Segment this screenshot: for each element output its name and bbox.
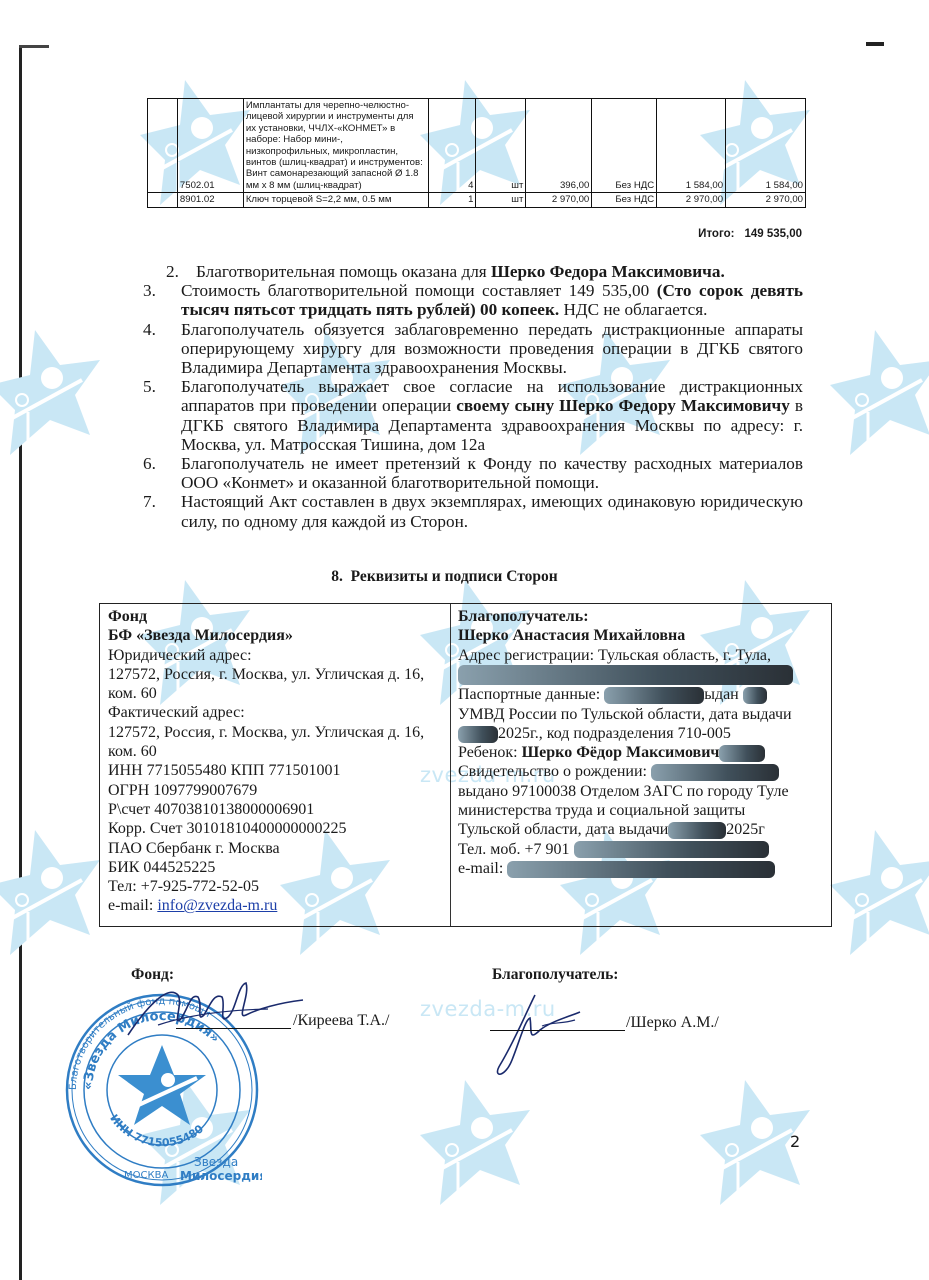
beneficiary-requisites: Благополучатель: Шерко Анастасия Михайло… bbox=[451, 604, 831, 926]
item-code: 8901.02 bbox=[177, 193, 243, 207]
redaction bbox=[574, 841, 769, 858]
document-page: 7502.01 Имплантаты для черепно-челюстно-… bbox=[0, 0, 929, 1280]
item-name: Ключ торцевой S=2,2 мм, 0.5 мм bbox=[243, 193, 428, 207]
redaction bbox=[458, 665, 793, 685]
fund-signature-line bbox=[176, 1028, 291, 1029]
svg-text:ИНН 7715055480: ИНН 7715055480 bbox=[107, 1112, 206, 1150]
item-name: Имплантаты для черепно-челюстно-лицевой … bbox=[243, 99, 428, 193]
beneficiary-signature-line bbox=[490, 1030, 625, 1031]
fund-legal-address: 127572, Россия, г. Москва, ул. Угличская… bbox=[108, 665, 442, 704]
item-unit: шт bbox=[476, 99, 526, 193]
fund-corr-account: Корр. Счет 30101810400000000225 bbox=[108, 819, 442, 838]
item-qty: 4 bbox=[428, 99, 476, 193]
item-price: 396,00 bbox=[526, 99, 592, 193]
beneficiary-heading: Благополучатель: bbox=[458, 607, 823, 626]
item-unit: шт bbox=[476, 193, 526, 207]
clause-item: 4.Благополучатель обязуется заблаговреме… bbox=[143, 320, 803, 378]
total-label: Итого: bbox=[698, 228, 734, 240]
fund-bik: БИК 044525225 bbox=[108, 858, 442, 877]
item-total: 2 970,00 bbox=[726, 193, 806, 207]
svg-text:Звезда: Звезда bbox=[194, 1155, 238, 1169]
page-number: 2 bbox=[790, 1132, 800, 1151]
item-code: 7502.01 bbox=[177, 99, 243, 193]
redaction bbox=[604, 687, 704, 704]
clause-item: 5.Благополучатель выражает свое согласие… bbox=[143, 377, 803, 454]
redaction bbox=[668, 822, 726, 839]
fund-email-link[interactable]: info@zvezda-m.ru bbox=[157, 897, 277, 914]
fund-signer-name: /Киреева Т.А./ bbox=[293, 1012, 390, 1030]
svg-text:Милосердия: Милосердия bbox=[180, 1169, 262, 1183]
fund-ogrn: ОГРН 1097799007679 bbox=[108, 781, 442, 800]
child-name: Шерко Фёдор Максимович bbox=[522, 744, 720, 761]
table-row: 7502.01 Имплантаты для черепно-челюстно-… bbox=[148, 99, 806, 193]
item-price: 2 970,00 bbox=[526, 193, 592, 207]
fund-heading: Фонд bbox=[108, 607, 442, 626]
item-total: 1 584,00 bbox=[726, 99, 806, 193]
item-sum: 2 970,00 bbox=[657, 193, 726, 207]
fund-inn-kpp: ИНН 7715055480 КПП 771501001 bbox=[108, 761, 442, 780]
clause-item: 2.Благотворительная помощь оказана для Ш… bbox=[143, 262, 803, 281]
item-sum: 1 584,00 bbox=[657, 99, 726, 193]
clause-item: 6.Благополучатель не имеет претензий к Ф… bbox=[143, 454, 803, 492]
redaction bbox=[458, 726, 498, 743]
svg-text:МОСКВА: МОСКВА bbox=[124, 1170, 168, 1181]
fund-actual-address: 127572, Россия, г. Москва, ул. Угличская… bbox=[108, 723, 442, 762]
fund-handwritten-signature bbox=[118, 975, 308, 1045]
table-total: Итого:149 535,00 bbox=[698, 228, 802, 240]
item-vat: Без НДС bbox=[592, 193, 657, 207]
redaction bbox=[507, 861, 775, 878]
requisites-table: Фонд БФ «Звезда Милосердия» Юридический … bbox=[99, 603, 832, 927]
redaction bbox=[719, 745, 765, 762]
beneficiary-name: Шерко Анастасия Михайловна bbox=[458, 626, 823, 645]
fund-account: Р\счет 40703810138000006901 bbox=[108, 800, 442, 819]
clause-item: 7.Настоящий Акт составлен в двух экземпл… bbox=[143, 492, 803, 530]
redaction bbox=[651, 764, 779, 781]
item-vat: Без НДС bbox=[592, 99, 657, 193]
clauses-list: 2.Благотворительная помощь оказана для Ш… bbox=[143, 262, 803, 531]
section-heading: 8. Реквизиты и подписи Сторон bbox=[0, 568, 929, 586]
fund-bank: ПАО Сбербанк г. Москва bbox=[108, 839, 442, 858]
fund-phone: Тел: +7-925-772-52-05 bbox=[108, 877, 442, 896]
beneficiary-signer-name: /Шерко А.М./ bbox=[626, 1014, 719, 1032]
fund-requisites: Фонд БФ «Звезда Милосердия» Юридический … bbox=[100, 604, 451, 926]
table-row: 8901.02 Ключ торцевой S=2,2 мм, 0.5 мм 1… bbox=[148, 193, 806, 207]
total-value: 149 535,00 bbox=[744, 228, 802, 240]
beneficiary-handwritten-signature bbox=[480, 990, 590, 1080]
item-qty: 1 bbox=[428, 193, 476, 207]
items-table: 7502.01 Имплантаты для черепно-челюстно-… bbox=[147, 98, 806, 208]
beneficiary-signature-label: Благополучатель: bbox=[492, 966, 618, 984]
redaction bbox=[743, 687, 767, 704]
clause-item: 3.Стоимость благотворительной помощи сос… bbox=[143, 281, 803, 319]
fund-name: БФ «Звезда Милосердия» bbox=[108, 626, 442, 645]
